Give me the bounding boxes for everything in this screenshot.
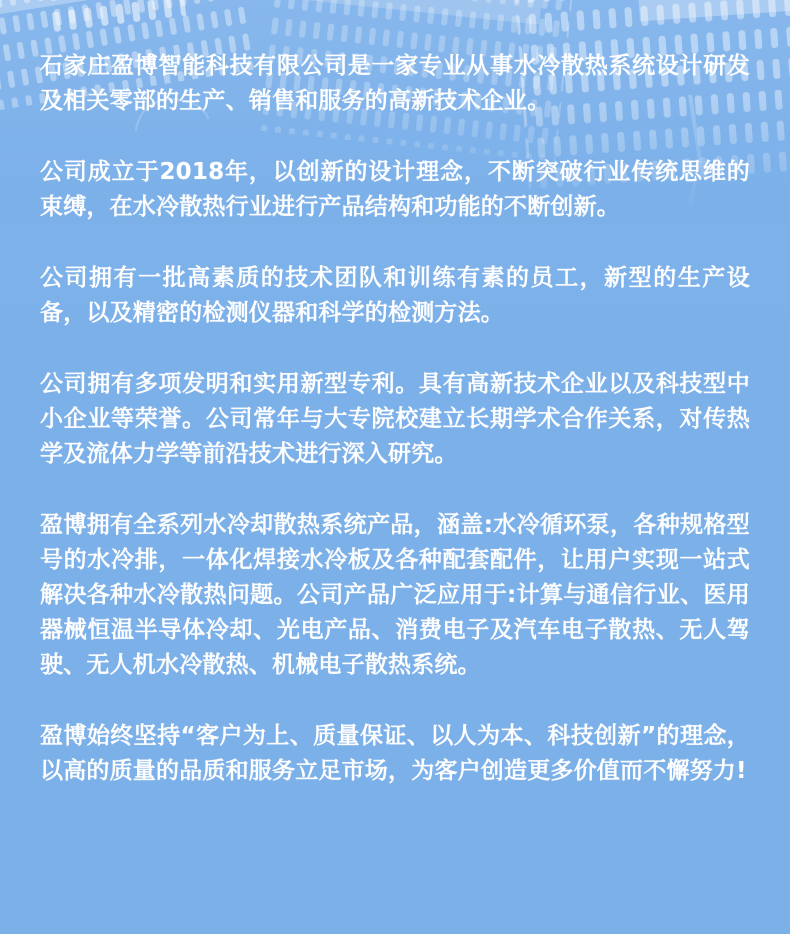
intro-paragraph-team: 公司拥有一批高素质的技术团队和训练有素的员工，新型的生产设备，以及精密的检测仪器… <box>40 261 750 331</box>
intro-paragraph-company: 石家庄盈博智能科技有限公司是一家专业从事水冷散热系统设计研发及相关零部的生产、销… <box>40 49 750 119</box>
intro-paragraph-philosophy: 盈博始终坚持“客户为上、质量保证、以人为本、科技创新”的理念，以高的质量的品质和… <box>40 719 750 789</box>
company-intro-text: 石家庄盈博智能科技有限公司是一家专业从事水冷散热系统设计研发及相关零部的生产、销… <box>0 0 790 789</box>
intro-paragraph-founding: 公司成立于2018年，以创新的设计理念，不断突破行业传统思维的束缚，在水冷散热行… <box>40 155 750 225</box>
bottom-white-strip <box>0 934 790 940</box>
intro-paragraph-products: 盈博拥有全系列水冷却散热系统产品，涵盖:水冷循环泵，各种规格型号的水冷排，一体化… <box>40 508 750 683</box>
company-about-page: 石家庄盈博智能科技有限公司是一家专业从事水冷散热系统设计研发及相关零部的生产、销… <box>0 0 790 940</box>
intro-paragraph-patents: 公司拥有多项发明和实用新型专利。具有高新技术企业以及科技型中小企业等荣誉。公司常… <box>40 367 750 472</box>
